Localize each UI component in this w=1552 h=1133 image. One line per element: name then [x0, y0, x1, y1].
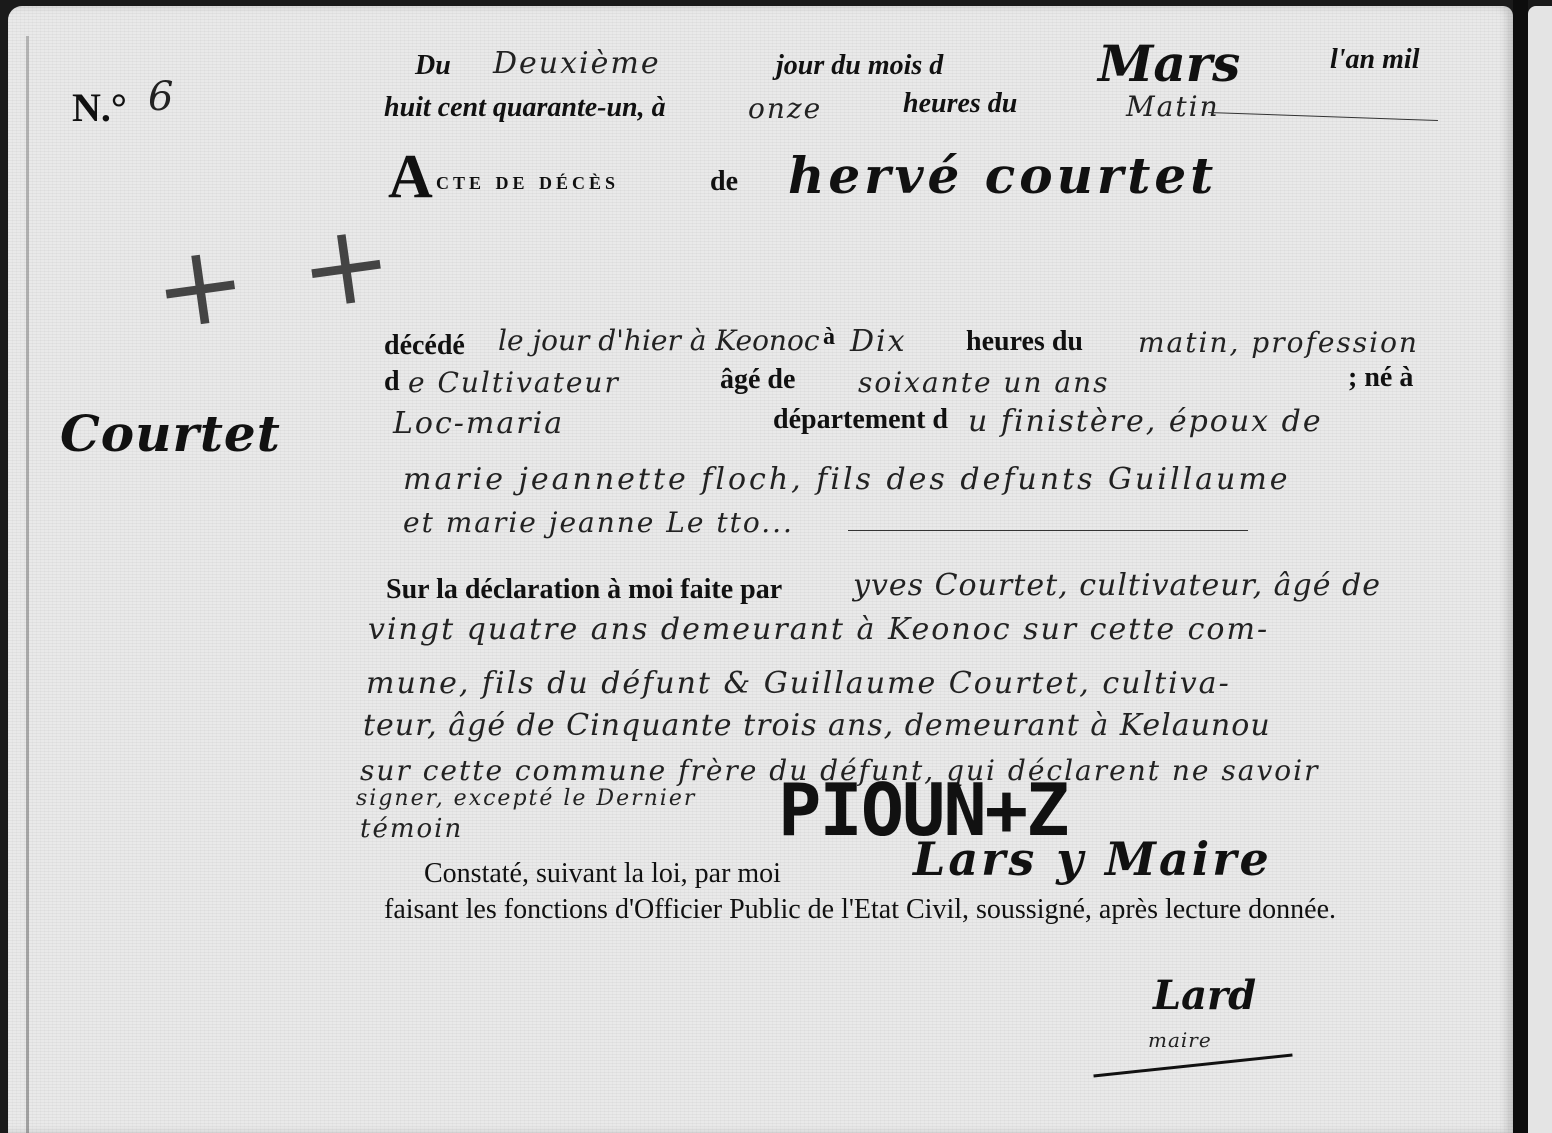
fill-line: [848, 530, 1248, 531]
officer-hand: Lars y Maire: [913, 832, 1272, 886]
deces-heures-du: heures du: [966, 326, 1083, 358]
margin-cross-mark: + +: [145, 194, 410, 355]
mother-hand: et marie jeanne Le tto...: [403, 506, 794, 539]
ne-a-label: ; né à: [1348, 362, 1413, 394]
header-year: huit cent quarante-un, à: [384, 92, 666, 124]
declaration-line-4: teur, âgé de Cinquante trois ans, demeur…: [363, 708, 1271, 743]
title-text: cte de décès: [436, 166, 619, 196]
declaration-line-7: témoin: [360, 814, 463, 844]
act-number-label: N.°: [72, 84, 127, 131]
book-gutter: [1513, 0, 1528, 1133]
act-number-value: 6: [148, 74, 175, 120]
header-an-mil: l'an mil: [1330, 44, 1419, 76]
profession-d: d: [384, 366, 400, 398]
title-drop-cap: A: [388, 142, 433, 213]
declaration-line-3: mune, fils du défunt & Guillaume Courtet…: [366, 666, 1231, 701]
header-day-hand: Deuxième: [493, 46, 661, 81]
header-hour-hand: onze: [748, 92, 822, 125]
deces-period-hand: matin, profession: [1138, 326, 1419, 359]
spouse-parents-hand: marie jeannette floch, fils des defunts …: [403, 462, 1291, 497]
deceased-name-hand: hervé courtet: [788, 146, 1217, 205]
age-label: âgé de: [720, 364, 795, 396]
deces-hour-hand: Dix: [850, 324, 907, 359]
deces-when-hand: le jour d'hier à Keonoc: [498, 324, 820, 357]
age-hand: soixante un ans: [858, 366, 1109, 399]
header-month-hand: Mars: [1098, 34, 1240, 93]
birthplace-hand: Loc-maria: [393, 406, 564, 441]
profession-hand: e Cultivateur: [408, 366, 620, 399]
closing-formula: faisant les fonctions d'Officier Public …: [384, 894, 1336, 926]
declaration-line-6: signer, excepté le Dernier: [356, 786, 696, 811]
title-de: de: [710, 166, 738, 198]
departement-hand: u finistère, époux de: [968, 404, 1323, 439]
register-page: N.° 6 + + Courtet Du Deuxième jour du mo…: [8, 6, 1513, 1133]
header-jour: jour du mois d: [776, 50, 943, 82]
declaration-line-2: vingt quatre ans demeurant à Keonoc sur …: [368, 612, 1269, 647]
next-page-edge: [1528, 6, 1552, 1133]
signature-flourish: [1093, 1054, 1292, 1078]
header-du: Du: [415, 50, 451, 82]
deces-a: à: [823, 324, 835, 351]
constate-label: Constaté, suivant la loi, par moi: [424, 858, 781, 890]
mayor-title: maire: [1148, 1028, 1212, 1052]
margin-surname: Courtet: [60, 404, 281, 463]
mayor-signature: Lard: [1153, 972, 1256, 1019]
declarant-hand: yves Courtet, cultivateur, âgé de: [853, 568, 1381, 603]
fill-line: [1208, 112, 1438, 121]
declaration-label: Sur la déclaration à moi faite par: [386, 574, 782, 606]
departement-label: département d: [773, 404, 948, 436]
page-binding-edge: [26, 36, 29, 1133]
deces-label: décédé: [384, 330, 465, 362]
header-period-hand: Matin: [1126, 90, 1220, 123]
header-heures-du: heures du: [903, 88, 1017, 120]
